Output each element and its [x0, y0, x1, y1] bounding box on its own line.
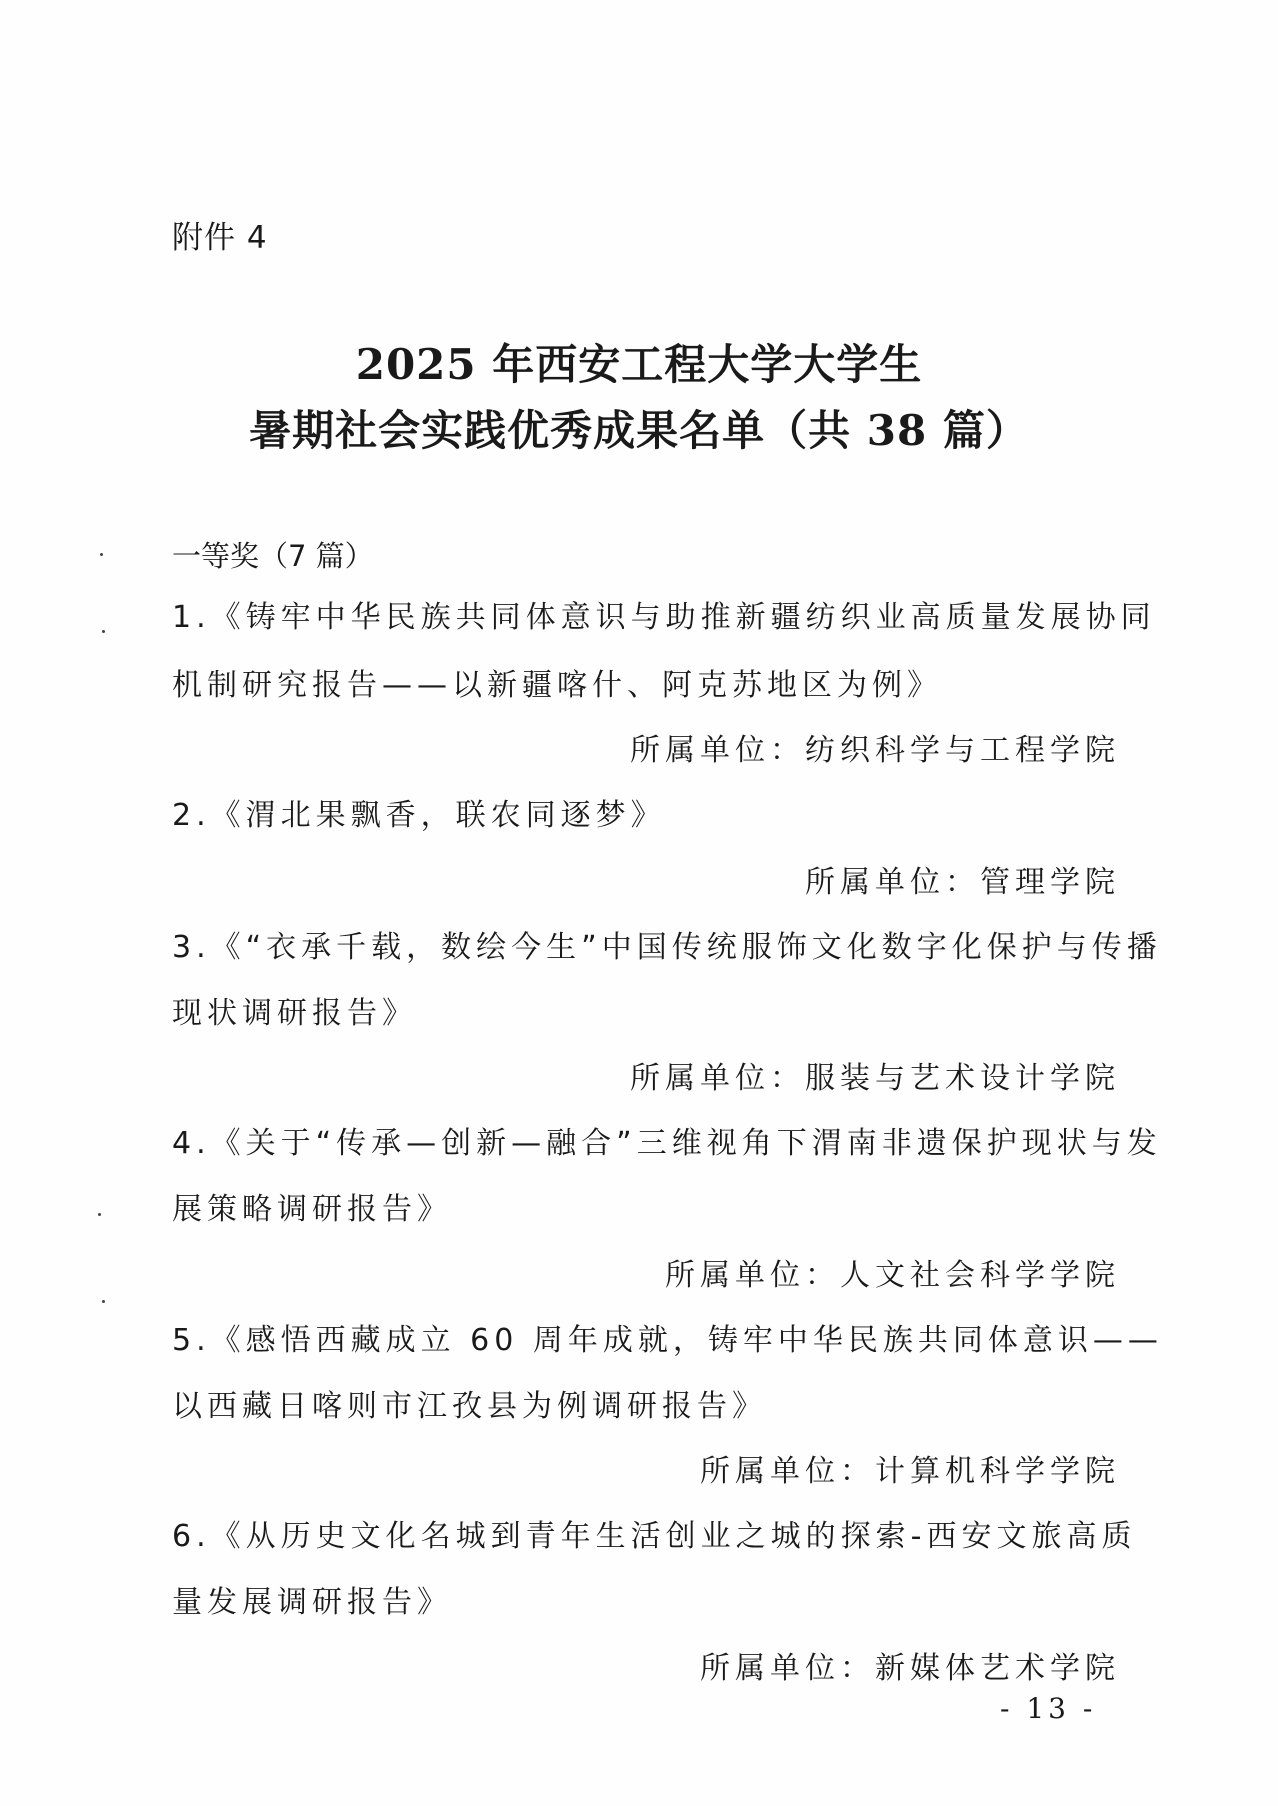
item-4-unit: 所属单位：人文社会科学学院	[665, 1250, 1120, 1294]
item-2-title-line1: 2.《渭北果飘香，联农同逐梦》	[172, 790, 666, 834]
item-3-title-line2: 现状调研报告》	[172, 988, 417, 1032]
scan-speck	[102, 630, 105, 633]
item-6-title-line2: 量发展调研报告》	[172, 1577, 452, 1621]
page-title-line2: 暑期社会实践优秀成果名单（共 38 篇）	[0, 398, 1278, 458]
item-1-title-line1: 1.《铸牢中华民族共同体意识与助推新疆纺织业高质量发展协同	[172, 592, 1156, 636]
page-title-line1: 2025 年西安工程大学大学生	[0, 332, 1278, 392]
item-3-title-line1: 3.《“衣承千载，数绘今生”中国传统服饰文化数字化保护与传播	[172, 922, 1162, 966]
item-4-title-line2: 展策略调研报告》	[172, 1184, 452, 1228]
attachment-label: 附件 4	[172, 212, 268, 257]
item-1-unit: 所属单位：纺织科学与工程学院	[630, 725, 1120, 769]
page-number: - 13 -	[1000, 1692, 1096, 1725]
item-6-title-line1: 6.《从历史文化名城到青年生活创业之城的探索-西安文旅高质	[172, 1511, 1136, 1555]
section-heading-first-prize: 一等奖（7 篇）	[172, 534, 374, 575]
item-5-title-line2: 以西藏日喀则市江孜县为例调研报告》	[172, 1381, 767, 1425]
document-page: 附件 4 2025 年西安工程大学大学生 暑期社会实践优秀成果名单（共 38 篇…	[0, 0, 1278, 1806]
item-3-unit: 所属单位：服装与艺术设计学院	[630, 1053, 1120, 1097]
item-4-title-line1: 4.《关于“传承—创新—融合”三维视角下渭南非遗保护现状与发	[172, 1118, 1162, 1162]
item-6-unit: 所属单位：新媒体艺术学院	[700, 1643, 1120, 1687]
item-1-title-line2: 机制研究报告——以新疆喀什、阿克苏地区为例》	[172, 660, 942, 704]
scan-speck	[102, 1300, 105, 1303]
item-2-unit: 所属单位：管理学院	[805, 857, 1120, 901]
item-5-title-line1: 5.《感悟西藏成立 60 周年成就，铸牢中华民族共同体意识——	[172, 1315, 1163, 1359]
scan-speck	[98, 1213, 101, 1216]
scan-speck	[100, 553, 103, 556]
item-5-unit: 所属单位：计算机科学学院	[700, 1446, 1120, 1490]
